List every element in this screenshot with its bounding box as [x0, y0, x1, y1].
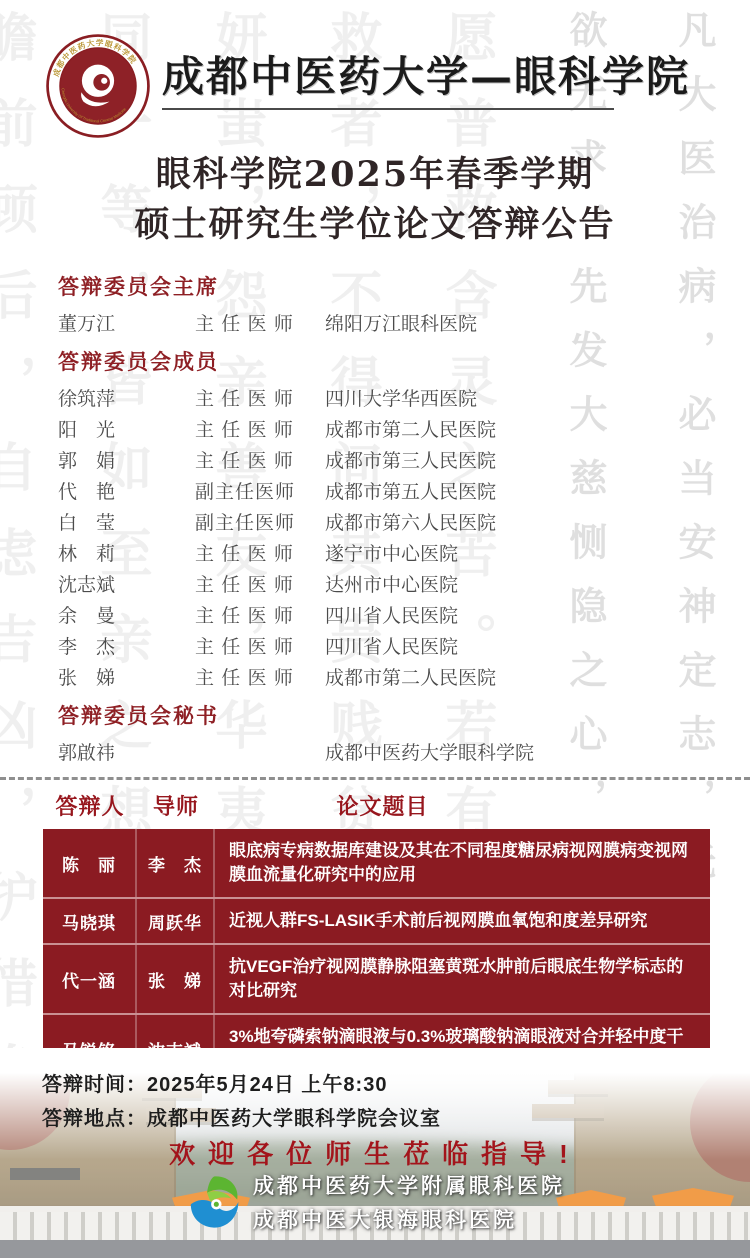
candidate-name: 马晓琪: [43, 899, 137, 943]
defense-table-header: 答辩人 导师 论文题目: [43, 790, 710, 821]
hospital-brand: 成都中医药大学附属眼科医院 成都中医大银海眼科医院: [0, 1170, 750, 1234]
defense-time-label: 答辩时间：: [42, 1074, 147, 1096]
member-hospital: 四川大学华西医院: [325, 384, 750, 411]
member-title: 主 任 医 师: [195, 309, 325, 336]
welcome-message: 欢迎各位师生莅临指导!: [0, 1134, 750, 1171]
member-title: 主 任 医 师: [195, 446, 325, 473]
member-hospital: 成都中医药大学眼科学院: [325, 738, 750, 765]
defense-place-value: 成都中医药大学眼科学院会议室: [147, 1108, 441, 1130]
member-title: 主 任 医 师: [195, 601, 325, 628]
member-name: 阳 光: [58, 415, 195, 442]
committee-row: 余 曼 主 任 医 师 四川省人民医院: [58, 599, 750, 630]
affiliated-hospital-name: 成都中医药大学附属眼科医院: [253, 1170, 565, 1200]
university-college-title: 成都中医药大学—眼科学院: [162, 54, 690, 100]
campus-photo-footer: 答辩时间：2025年5月24日 上午8:30 答辩地点：成都中医药大学眼科学院会…: [0, 1048, 750, 1258]
advisor-name: 李 杰: [137, 829, 215, 897]
committee-row: 林 莉 主 任 医 师 遂宁市中心医院: [58, 537, 750, 568]
announcement-poster: 凡大医治病，必当安神定志，无 欲无求，先发大慈恻隐之心，誓 愿普救含灵之苦。若有…: [0, 0, 750, 1258]
table-row: 马晓琪 周跃华 近视人群FS-LASIK手术前后视网膜血氧饱和度差异研究: [43, 897, 710, 943]
members-section-header: 答辩委员会成员: [58, 346, 750, 376]
column-header-thesis: 论文题目: [215, 790, 550, 821]
dashed-divider: [0, 777, 750, 780]
thesis-title: 近视人群FS-LASIK手术前后视网膜血氧饱和度差异研究: [215, 899, 710, 943]
defense-time-line: 答辩时间：2025年5月24日 上午8:30: [42, 1068, 387, 1097]
defense-place-line: 答辩地点：成都中医药大学眼科学院会议室: [42, 1102, 441, 1131]
candidate-name: 陈 丽: [43, 829, 137, 897]
announcement-title-line2: 硕士研究生学位论文答辩公告: [0, 200, 750, 250]
announcement-title-line1: 眼科学院2025年春季学期: [0, 150, 750, 200]
committee-row: 沈志斌 主 任 医 师 达州市中心医院: [58, 568, 750, 599]
committee-row: 白 莹 副主任医师 成都市第六人民医院: [58, 506, 750, 537]
member-name: 郭 娟: [58, 446, 195, 473]
member-hospital: 遂宁市中心医院: [325, 539, 750, 566]
member-name: 沈志斌: [58, 570, 195, 597]
member-title: 主 任 医 师: [195, 539, 325, 566]
candidate-name: 代一涵: [43, 945, 137, 1013]
column-header-advisor: 导师: [137, 790, 215, 821]
member-name: 张 娣: [58, 663, 195, 690]
secretary-section-header: 答辩委员会秘书: [58, 700, 750, 730]
yinhai-eye-hospital-logo: [185, 1173, 243, 1231]
title-underline: [162, 108, 614, 110]
member-hospital: 成都市第五人民医院: [325, 477, 750, 504]
university-seal-logo: 成都中医药大学眼科学院 Chengdu University Of Tradit…: [46, 34, 150, 138]
committee-row: 阳 光 主 任 医 师 成都市第二人民医院: [58, 413, 750, 444]
committee-row: 李 杰 主 任 医 师 四川省人民医院: [58, 630, 750, 661]
member-hospital: 成都市第二人民医院: [325, 415, 750, 442]
member-name: 代 艳: [58, 477, 195, 504]
advisor-name: 周跃华: [137, 899, 215, 943]
member-hospital: 绵阳万江眼科医院: [325, 309, 750, 336]
member-title: 主 任 医 师: [195, 415, 325, 442]
table-row: 代一涵 张 娣 抗VEGF治疗视网膜静脉阻塞黄斑水肿前后眼底生物学标志的对比研究: [43, 943, 710, 1013]
member-hospital: 成都市第三人民医院: [325, 446, 750, 473]
committee-row: 张 娣 主 任 医 师 成都市第二人民医院: [58, 661, 750, 692]
member-name: 李 杰: [58, 632, 195, 659]
member-title: 副主任医师: [195, 508, 325, 535]
page-header: 成都中医药大学眼科学院 Chengdu University Of Tradit…: [0, 0, 750, 138]
member-name: 白 莹: [58, 508, 195, 535]
committee-row: 董万江 主 任 医 师 绵阳万江眼科医院: [58, 307, 750, 338]
member-hospital: 四川省人民医院: [325, 601, 750, 628]
member-name: 董万江: [58, 309, 195, 336]
table-row: 陈 丽 李 杰 眼底病专病数据库建设及其在不同程度糖尿病视网膜病变视网膜血流量化…: [43, 829, 710, 897]
member-title: 主 任 医 师: [195, 570, 325, 597]
member-hospital: 四川省人民医院: [325, 632, 750, 659]
committee-row: 徐筑萍 主 任 医 师 四川大学华西医院: [58, 382, 750, 413]
member-name: 林 莉: [58, 539, 195, 566]
yinhai-hospital-name: 成都中医大银海眼科医院: [253, 1204, 565, 1234]
committee-row: 郭 娟 主 任 医 师 成都市第三人民医院: [58, 444, 750, 475]
committee-row: 代 艳 副主任医师 成都市第五人民医院: [58, 475, 750, 506]
member-name: 余 曼: [58, 601, 195, 628]
member-title: 主 任 医 师: [195, 384, 325, 411]
committee-row: 郭啟祎 成都中医药大学眼科学院: [58, 736, 750, 767]
member-title: 主 任 医 师: [195, 663, 325, 690]
announcement-title: 眼科学院2025年春季学期 硕士研究生学位论文答辩公告: [0, 150, 750, 249]
committee-section: 答辩委员会主席 董万江 主 任 医 师 绵阳万江眼科医院 答辩委员会成员 徐筑萍…: [0, 249, 750, 767]
advisor-name: 张 娣: [137, 945, 215, 1013]
member-name: 徐筑萍: [58, 384, 195, 411]
chair-section-header: 答辩委员会主席: [58, 271, 750, 301]
thesis-title: 眼底病专病数据库建设及其在不同程度糖尿病视网膜病变视网膜血流量化研究中的应用: [215, 829, 710, 897]
defense-time-value: 2025年5月24日 上午8:30: [147, 1074, 387, 1096]
column-header-candidate: 答辩人: [43, 790, 137, 821]
member-title: 主 任 医 师: [195, 632, 325, 659]
defense-place-label: 答辩地点：: [42, 1108, 147, 1130]
member-hospital: 成都市第二人民医院: [325, 663, 750, 690]
member-name: 郭啟祎: [58, 738, 195, 765]
member-hospital: 成都市第六人民医院: [325, 508, 750, 535]
member-hospital: 达州市中心医院: [325, 570, 750, 597]
member-title: 副主任医师: [195, 477, 325, 504]
thesis-title: 抗VEGF治疗视网膜静脉阻塞黄斑水肿前后眼底生物学标志的对比研究: [215, 945, 710, 1013]
